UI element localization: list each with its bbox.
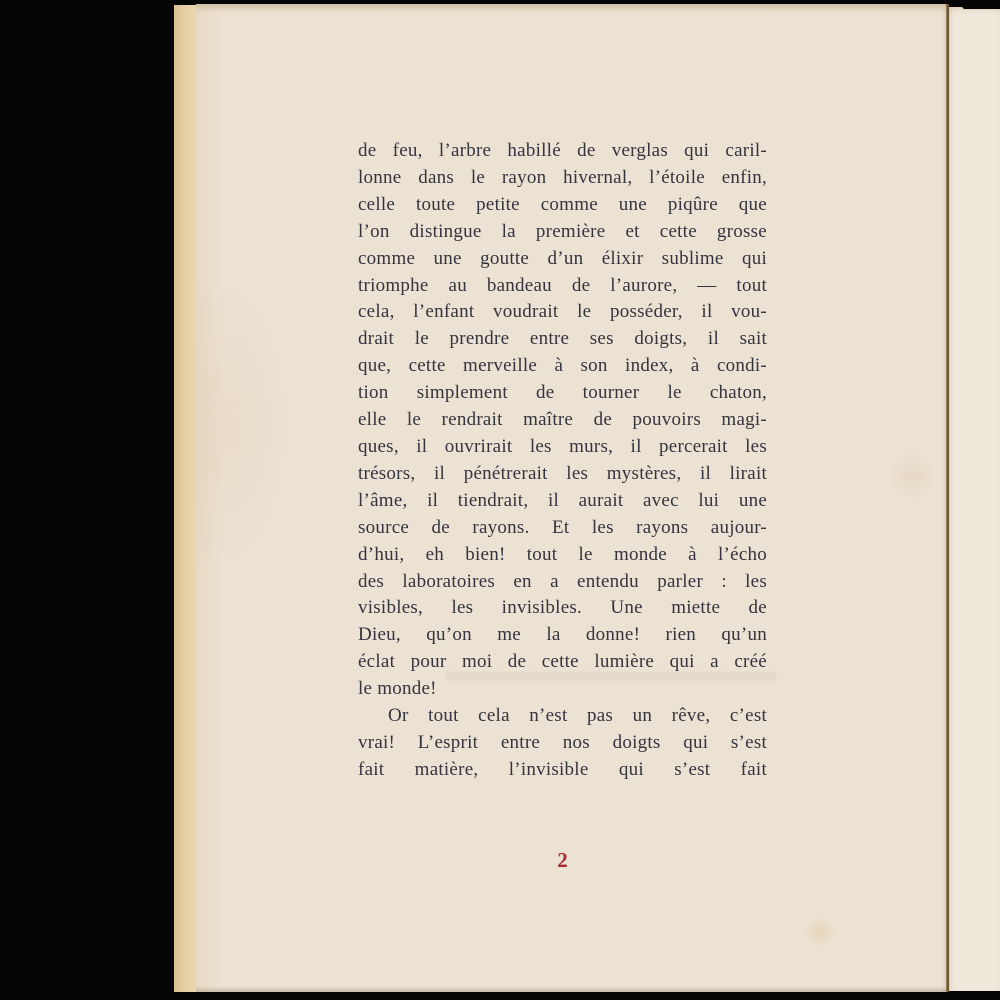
text-line: source de rayons. Et les rayons aujour-: [358, 515, 767, 542]
text-line: trésors, il pénétrerait les mystères, il…: [358, 461, 767, 488]
text-line: l’âme, il tiendrait, il aurait avec lui …: [358, 488, 767, 515]
text-line: celle toute petite comme une piqûre que: [358, 192, 767, 219]
text-line: Dieu, qu’on me la donne! rien qu’un: [358, 622, 767, 649]
text-line: d’hui, eh bien! tout le monde à l’écho: [358, 542, 767, 569]
text-line: vrai! L’esprit entre nos doigts qui s’es…: [358, 730, 767, 757]
text-line: tion simplement de tourner le chaton,: [358, 380, 767, 407]
text-line: éclat pour moi de cette lumière qui a cr…: [358, 649, 767, 676]
text-block: de feu, l’arbre habillé de verglas qui c…: [358, 138, 767, 784]
text-line: triomphe au bandeau de l’aurore, — tout: [358, 273, 767, 300]
text-line: que, cette merveille à son index, à cond…: [358, 353, 767, 380]
text-line: cela, l’enfant voudrait le posséder, il …: [358, 299, 767, 326]
book-page: de feu, l’arbre habillé de verglas qui c…: [196, 4, 947, 992]
text-line: fait matière, l’invisible qui s’est fait: [358, 757, 767, 784]
text-line: le monde!: [358, 676, 767, 703]
adjacent-page: [949, 7, 1000, 991]
text-line: visibles, les invisibles. Une miette de: [358, 595, 767, 622]
text-line: des laboratoires en a entendu parler : l…: [358, 569, 767, 596]
text-line: elle le rendrait maître de pouvoirs magi…: [358, 407, 767, 434]
text-line: de feu, l’arbre habillé de verglas qui c…: [358, 138, 767, 165]
text-line: ques, il ouvrirait les murs, il percerai…: [358, 434, 767, 461]
text-line: drait le prendre entre ses doigts, il sa…: [358, 326, 767, 353]
text-line: lonne dans le rayon hivernal, l’étoile e…: [358, 165, 767, 192]
text-line: l’on distingue la première et cette gros…: [358, 219, 767, 246]
page-fold-line: [946, 4, 949, 992]
page-number: 2: [358, 848, 767, 873]
text-line: comme une goutte d’un élixir sublime qui: [358, 246, 767, 273]
book-photo: de feu, l’arbre habillé de verglas qui c…: [0, 0, 1000, 1000]
text-line: Or tout cela n’est pas un rêve, c’est: [358, 703, 767, 730]
